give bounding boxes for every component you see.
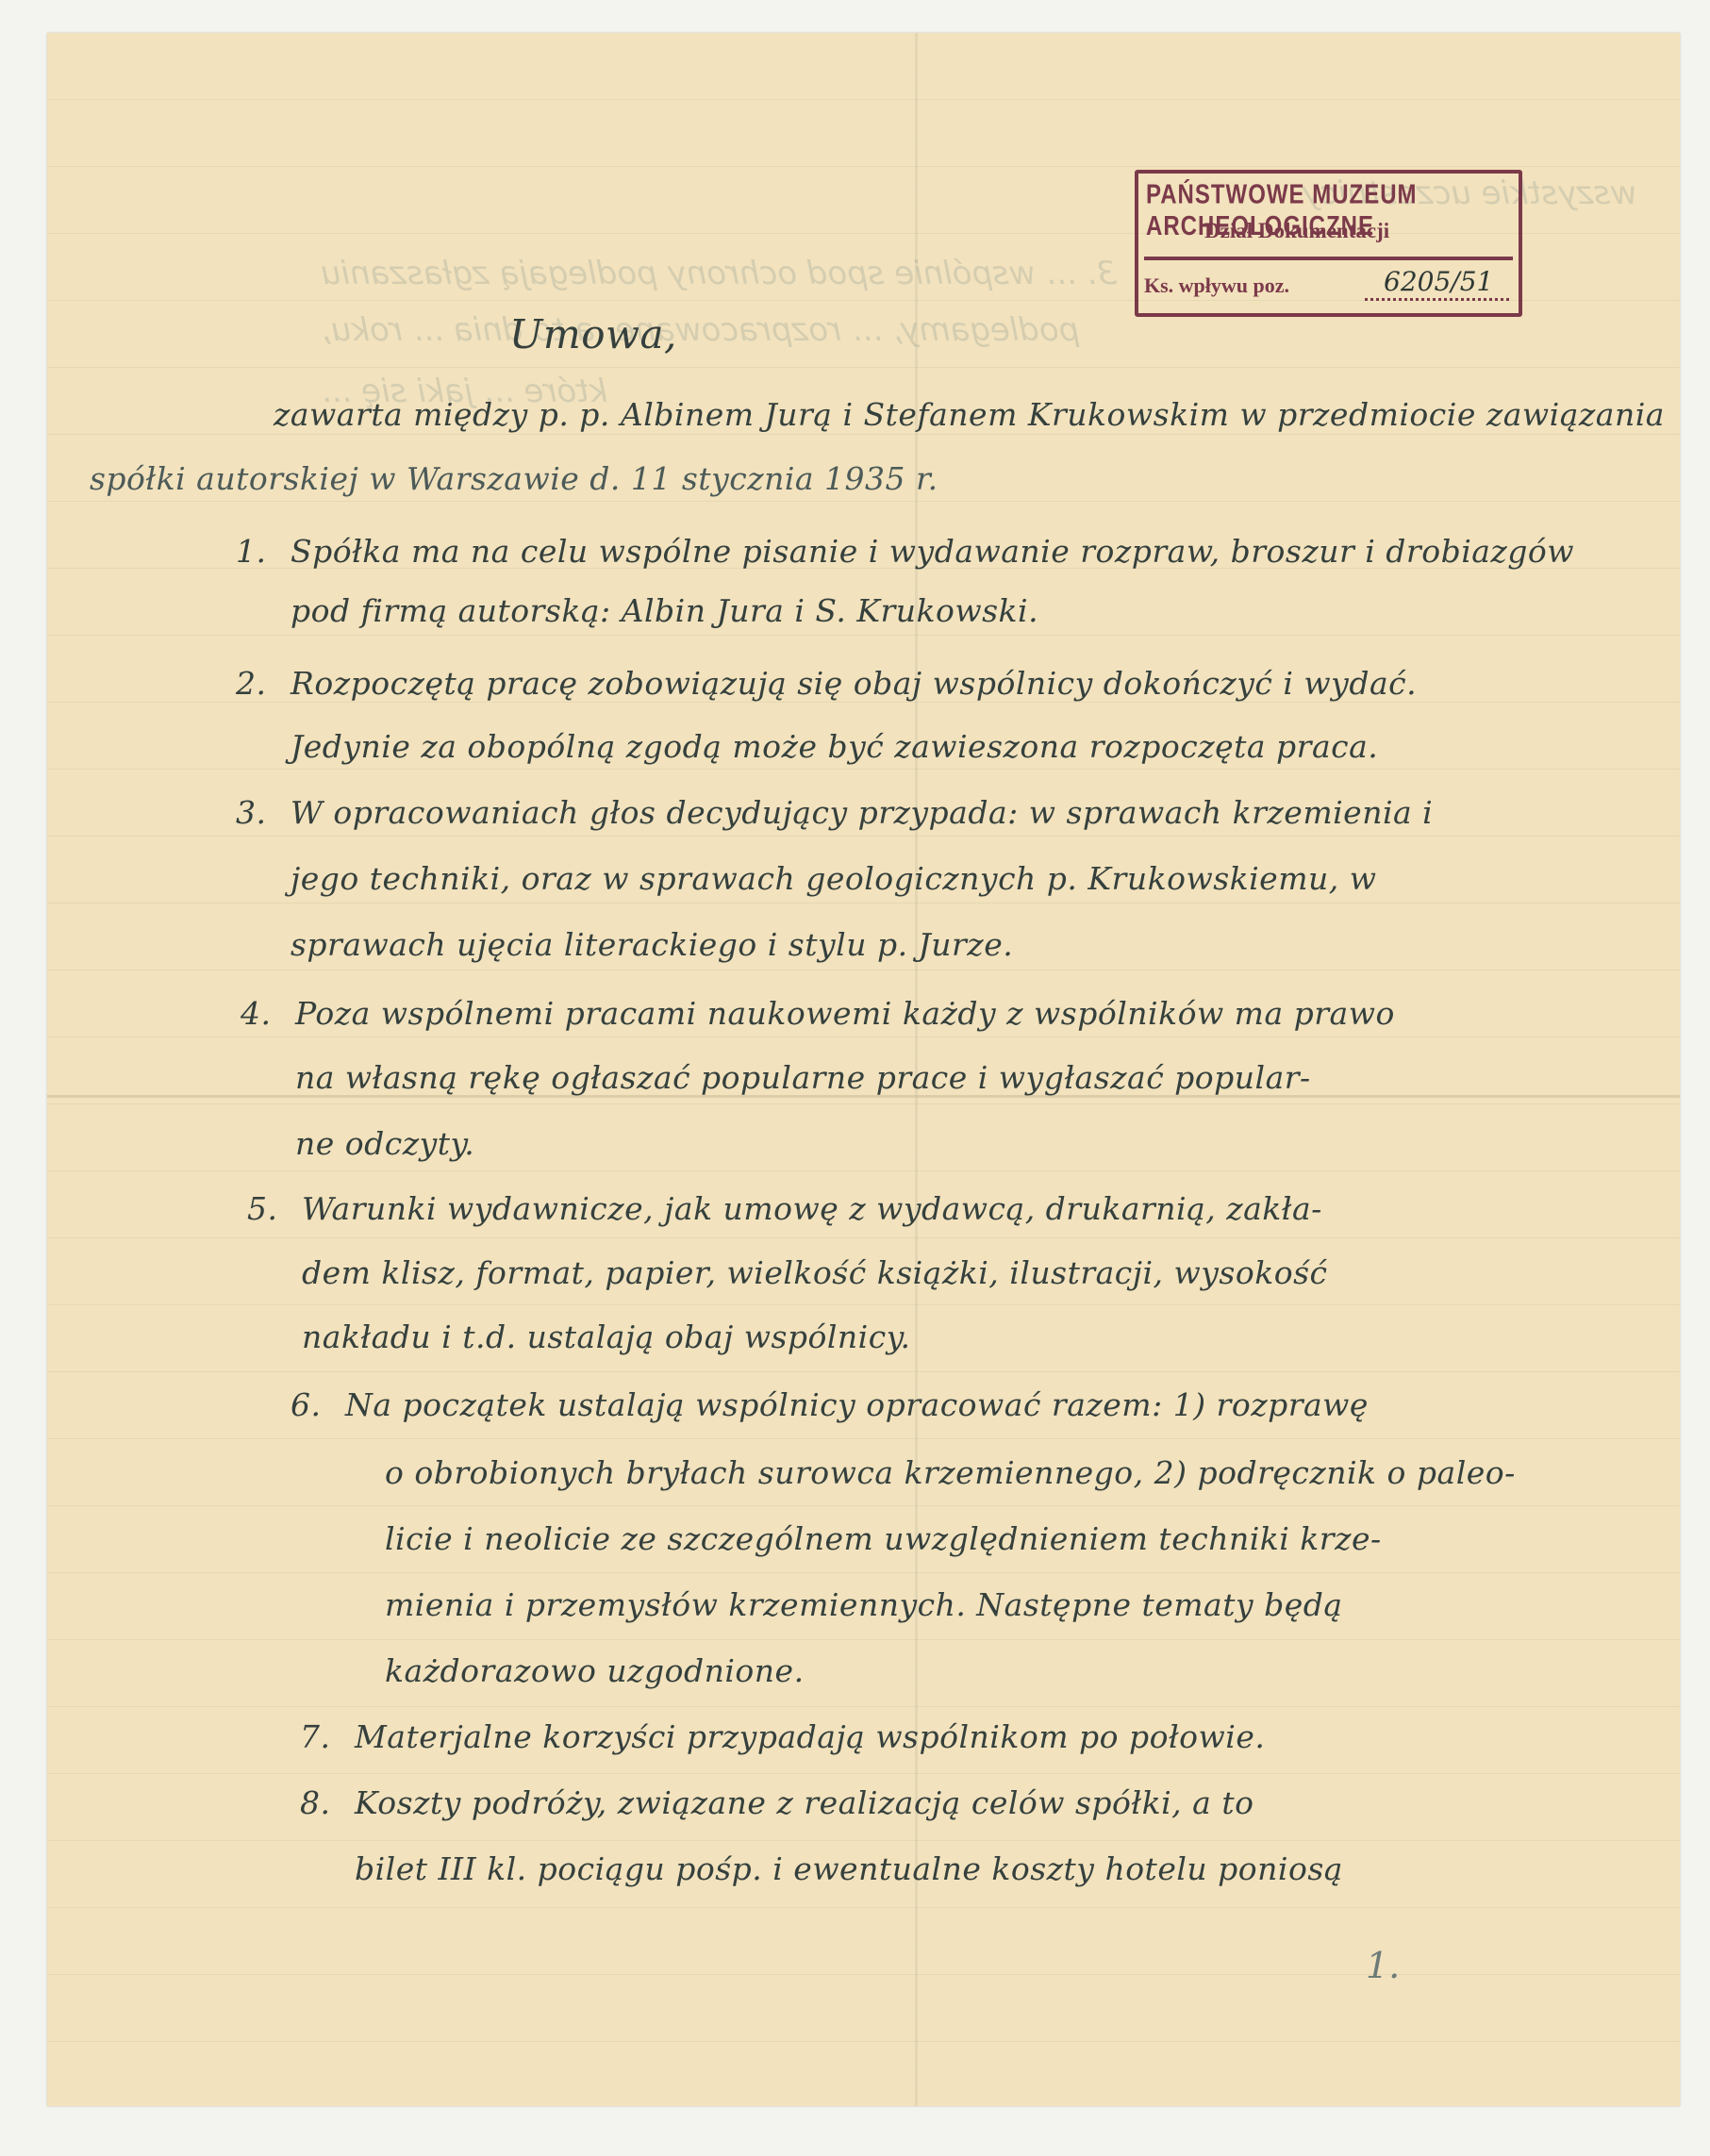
document-title: Umowa, bbox=[509, 311, 677, 357]
clause-line: ne odczyty. bbox=[295, 1125, 474, 1162]
clause-3: 3.W opracowaniach głos decydujący przypa… bbox=[236, 794, 1433, 831]
clause-1: 1.Spółka ma na celu wspólne pisanie i wy… bbox=[236, 533, 1574, 570]
stamp-department: Dział Dokumentacji bbox=[1204, 219, 1389, 243]
clause-line: nakładu i t.d. ustalają obaj wspólnicy. bbox=[302, 1318, 910, 1355]
clause-number: 7. bbox=[300, 1718, 355, 1755]
clause-line: mienia i przemysłów krzemiennych. Następ… bbox=[385, 1586, 1343, 1623]
clause-line: dem klisz, format, papier, wielkość ksią… bbox=[302, 1254, 1328, 1291]
clause-number: 1. bbox=[236, 533, 291, 570]
clause-line: bilet III kl. pociągu pośp. i ewentualne… bbox=[355, 1850, 1343, 1887]
bleed-through-text: podlegamy, ... rozpracowane, a to dnia .… bbox=[321, 311, 1079, 349]
clause-number: 5. bbox=[247, 1190, 302, 1227]
bleed-through-text: 3. ... wspólnie spod ochrony podlegają z… bbox=[321, 255, 1117, 292]
clause-6: 6.Na początek ustalają wspólnicy opracow… bbox=[291, 1386, 1369, 1423]
clause-8: 8.Koszty podróży, związane z realizacją … bbox=[300, 1784, 1253, 1821]
stamp-register-number: 6205/51 bbox=[1384, 266, 1493, 297]
clause-line: Jedynie za obopólną zgodą może być zawie… bbox=[291, 728, 1378, 765]
stamp-register-label: Ks. wpływu poz. bbox=[1144, 274, 1289, 298]
clause-number: 4. bbox=[241, 995, 295, 1032]
clause-line: Warunki wydawnicze, jak umowę z wydawcą,… bbox=[302, 1190, 1322, 1227]
clause-number: 2. bbox=[236, 665, 291, 702]
page-number: 1. bbox=[1366, 1945, 1400, 1986]
clause-line: Na początek ustalają wspólnicy opracować… bbox=[345, 1386, 1369, 1423]
clause-5: 5.Warunki wydawnicze, jak umowę z wydawc… bbox=[247, 1190, 1322, 1227]
stamp-dotted-line bbox=[1365, 298, 1509, 301]
clause-line: pod firmą autorską: Albin Jura i S. Kruk… bbox=[291, 592, 1038, 629]
clause-7: 7.Materjalne korzyści przypadają wspólni… bbox=[300, 1718, 1265, 1755]
clause-line: każdorazowo uzgodnione. bbox=[385, 1652, 805, 1689]
clause-line: Spółka ma na celu wspólne pisanie i wyda… bbox=[291, 533, 1574, 570]
clause-line: Rozpoczętą pracę zobowiązują się obaj ws… bbox=[291, 665, 1417, 702]
clause-line: W opracowaniach głos decydujący przypada… bbox=[291, 794, 1433, 831]
clause-number: 8. bbox=[300, 1784, 355, 1821]
clause-line: o obrobionych bryłach surowca krzemienne… bbox=[385, 1454, 1516, 1491]
clause-line: Koszty podróży, związane z realizacją ce… bbox=[355, 1784, 1253, 1821]
clause-line: jego techniki, oraz w sprawach geologicz… bbox=[291, 860, 1377, 897]
clause-number: 3. bbox=[236, 794, 291, 831]
clause-line: na własną rękę ogłaszać popularne prace … bbox=[295, 1059, 1311, 1096]
intro-line: spółki autorskiej w Warszawie d. 11 styc… bbox=[90, 460, 938, 497]
clause-4: 4.Poza wspólnemi pracami naukowemi każdy… bbox=[241, 995, 1395, 1032]
stamp-divider bbox=[1144, 257, 1513, 260]
clause-line: licie i neolicie ze szczególnem uwzględn… bbox=[385, 1520, 1382, 1557]
clause-number: 6. bbox=[291, 1386, 345, 1423]
archive-stamp: PAŃSTWOWE MUZEUM ARCHEOLOGICZNE Dział Do… bbox=[1135, 170, 1522, 317]
clause-2: 2.Rozpoczętą pracę zobowiązują się obaj … bbox=[236, 665, 1417, 702]
intro-line: zawarta między p. p. Albinem Jurą i Stef… bbox=[274, 396, 1665, 433]
clause-line: Materjalne korzyści przypadają wspólniko… bbox=[355, 1718, 1265, 1755]
clause-line: sprawach ujęcia literackiego i stylu p. … bbox=[291, 926, 1013, 963]
clause-line: Poza wspólnemi pracami naukowemi każdy z… bbox=[295, 995, 1395, 1032]
